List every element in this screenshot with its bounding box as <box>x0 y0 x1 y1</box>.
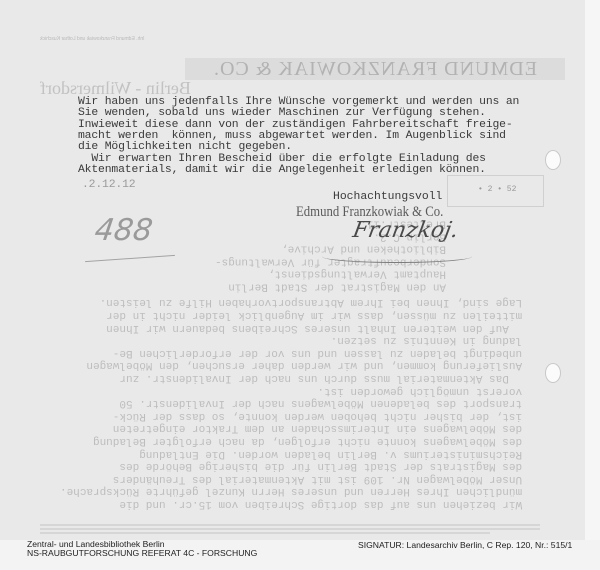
letterhead-small-header: Inh. Edmund Franzkowiak und Lothar Kusch… <box>40 36 145 42</box>
closing-text: Hochachtungsvoll <box>333 191 442 203</box>
signature: Franzkoj. <box>351 218 460 243</box>
letter-line: die Möglichkeiten nicht gegeben. <box>78 142 292 153</box>
letterhead-company: EDMUND FRANZKOWIAK & CO. <box>185 58 565 80</box>
page-edge <box>585 0 600 570</box>
footer-signature-ref: SIGNATUR: Landesarchiv Berlin, C Rep. 12… <box>358 540 572 550</box>
punch-hole <box>545 363 561 383</box>
letter-line: Sie wenden, sobald uns wieder Maschinen … <box>78 108 486 119</box>
letter-line: Aktenmaterials, damit wir die Angelegenh… <box>78 165 486 176</box>
reverse-body-text: Wir beziehen uns auf das dortige Schreib… <box>60 296 522 510</box>
stamp-box: • 2 • 52 <box>447 175 544 207</box>
stamp-box-text: • 2 • 52 <box>478 185 516 194</box>
small-print <box>40 522 540 534</box>
footer-left: Zentral- und Landesbibliothek Berlin NS-… <box>27 540 257 558</box>
punch-hole <box>545 150 561 170</box>
date-mark: .2.12.12 <box>82 180 135 191</box>
footer-department: NS-RAUBGUTFORSCHUNG REFERAT 4C - FORSCHU… <box>27 549 257 558</box>
handwritten-number: 488 <box>93 213 155 248</box>
signature-underline <box>322 250 472 263</box>
